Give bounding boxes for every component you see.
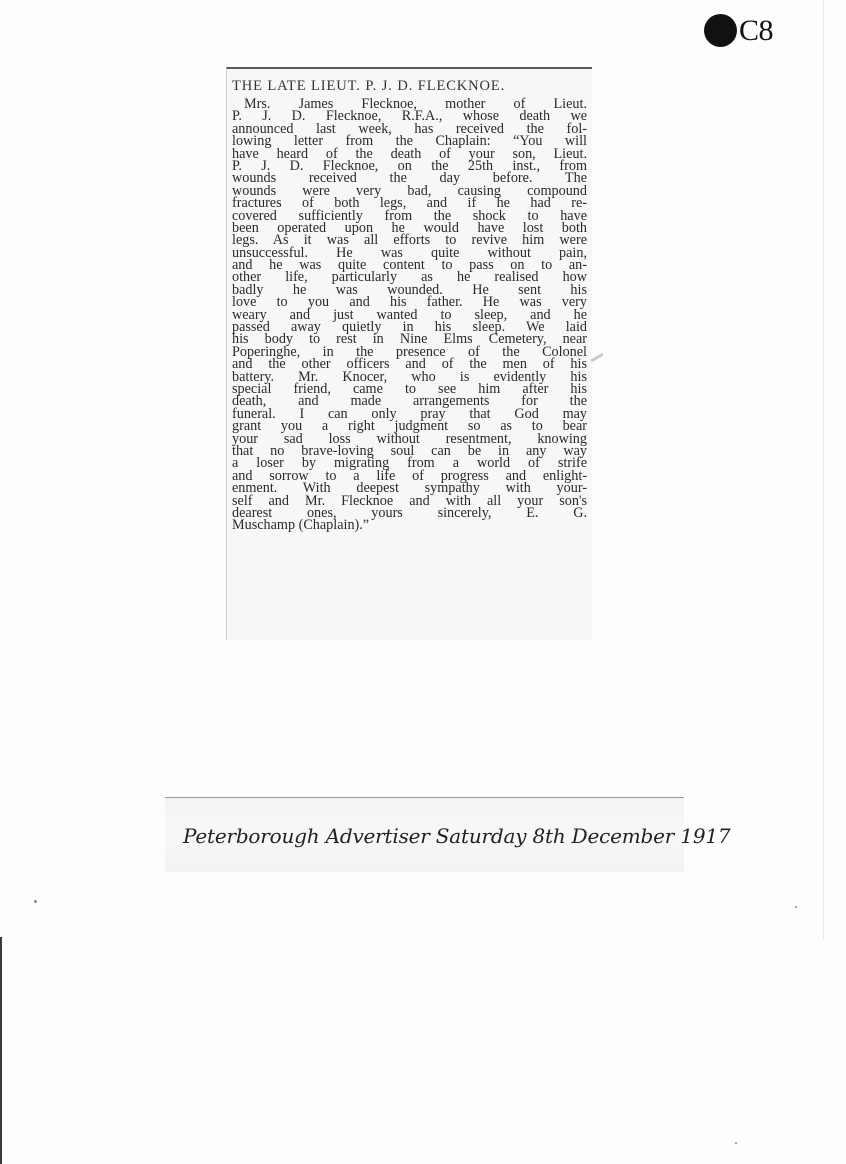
filled-circle-icon [704, 14, 737, 47]
newspaper-clipping: THE LATE LIEUT. P. J. D. FLECKNOE. Mrs. … [226, 67, 592, 640]
scan-speck [34, 900, 37, 903]
source-caption-strip: Peterborough Advertiser Saturday 8th Dec… [165, 797, 684, 872]
scan-page-edge [0, 937, 2, 1164]
scan-speck [795, 906, 797, 908]
article-line: Muschamp (Chaplain).” [232, 519, 587, 531]
scan-page-edge [823, 0, 824, 940]
scan-mark [590, 353, 604, 363]
page-code-label: C8 [739, 16, 773, 46]
article-headline: THE LATE LIEUT. P. J. D. FLECKNOE. [232, 78, 587, 95]
scan-speck [735, 1142, 737, 1144]
page-reference: C8 [704, 14, 773, 47]
article-body: Mrs. James Flecknoe, mother of Lieut.P. … [232, 98, 587, 532]
source-caption: Peterborough Advertiser Saturday 8th Dec… [183, 824, 730, 848]
